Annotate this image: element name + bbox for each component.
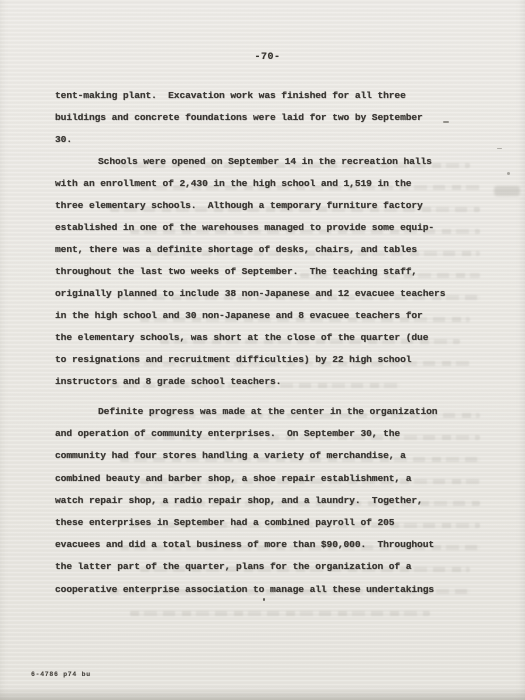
text-line: with an enrollment of 2,430 in the high …: [55, 173, 475, 195]
document-body-upper: tent-making plant. Excavation work was f…: [55, 85, 475, 393]
ink-mark: [443, 121, 449, 123]
text-line: instructors and 8 grade school teachers.: [55, 371, 475, 393]
scan-smudge: [494, 186, 520, 196]
ink-speck: [507, 172, 510, 175]
text-line: cooperative enterprise association to ma…: [55, 579, 475, 601]
text-line: originally planned to include 38 non-Jap…: [55, 283, 475, 305]
footer-code: 6-4786 p74 bu: [31, 671, 91, 678]
text-line: combined beauty and barber shop, a shoe …: [55, 468, 475, 490]
text-line: 30.: [55, 129, 475, 151]
text-line: the elementary schools, was short at the…: [55, 327, 475, 349]
text-line: throughout the last two weeks of Septemb…: [55, 261, 475, 283]
text-line: three elementary schools. Although a tem…: [55, 195, 475, 217]
scanned-document-page: -70- tent-making plant. Excavation work …: [0, 0, 525, 700]
text-line: these enterprises in September had a com…: [55, 512, 475, 534]
text-line: and operation of community enterprises. …: [55, 423, 475, 445]
page-number: -70-: [0, 52, 525, 64]
text-line: Schools were opened on September 14 in t…: [55, 151, 475, 173]
text-line: Definite progress was made at the center…: [55, 401, 475, 423]
text-line: buildings and concrete foundations were …: [55, 107, 475, 129]
text-line: tent-making plant. Excavation work was f…: [55, 85, 475, 107]
text-line: ment, there was a definite shortage of d…: [55, 239, 475, 261]
document-body-lower: Definite progress was made at the center…: [55, 401, 475, 601]
text-line: evacuees and did a total business of mor…: [55, 534, 475, 556]
bleedthrough-text-artifact: [130, 611, 430, 616]
text-line: watch repair shop, a radio repair shop, …: [55, 490, 475, 512]
text-line: in the high school and 30 non-Japanese a…: [55, 305, 475, 327]
text-line: to resignations and recruitment difficul…: [55, 349, 475, 371]
text-line: established in one of the warehouses man…: [55, 217, 475, 239]
text-line: the latter part of the quarter, plans fo…: [55, 556, 475, 578]
scan-edge-shadow: [0, 688, 525, 700]
ink-mark: [497, 148, 502, 149]
text-line: community had four stores handling a var…: [55, 445, 475, 467]
